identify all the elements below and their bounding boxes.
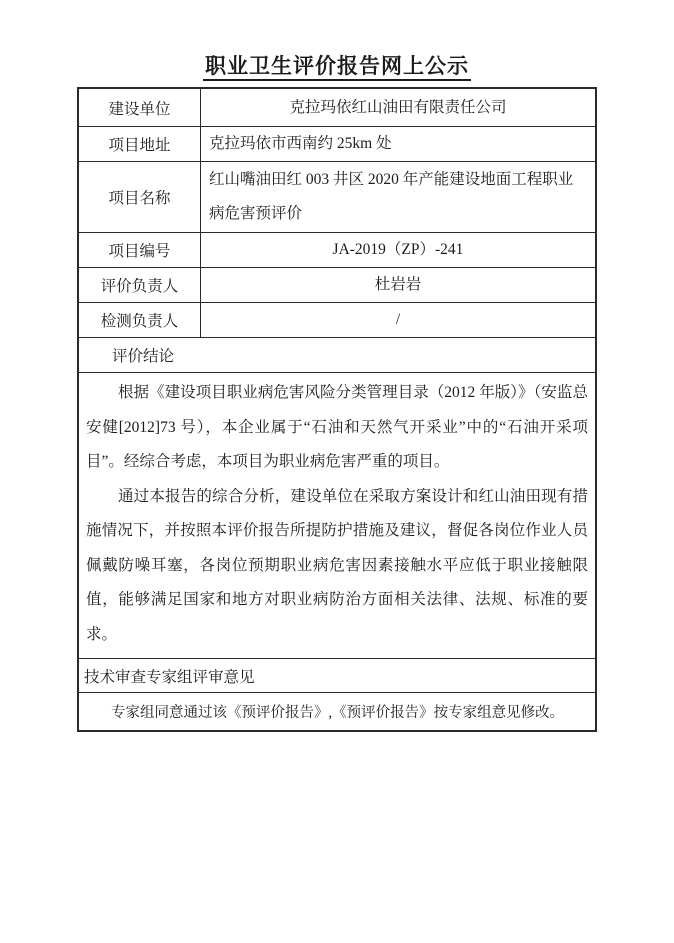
project-address-label: 项目地址 (79, 127, 201, 161)
row-conclusion-header: 评价结论 (79, 338, 595, 373)
project-address-value: 克拉玛依市西南约 25km 处 (201, 127, 595, 161)
page-title: 职业卫生评价报告网上公示 (0, 0, 674, 80)
page-title-text: 职业卫生评价报告网上公示 (203, 54, 471, 81)
row-expert-header: 技术审查专家组评审意见 (79, 659, 595, 693)
expert-header-label: 技术审查专家组评审意见 (79, 659, 595, 692)
row-conclusion-body: 根据《建设项目职业病危害风险分类管理目录（2012 年版）》（安监总安健[201… (79, 373, 595, 659)
row-project-number: 项目编号 JA-2019（ZP）-241 (79, 233, 595, 268)
announcement-table: 建设单位 克拉玛依红山油田有限责任公司 项目地址 克拉玛依市西南约 25km 处… (77, 87, 597, 732)
row-evaluation-leader: 评价负责人 杜岩岩 (79, 268, 595, 303)
testing-leader-value: / (201, 303, 595, 337)
project-number-label: 项目编号 (79, 233, 201, 267)
conclusion-body: 根据《建设项目职业病危害风险分类管理目录（2012 年版）》（安监总安健[201… (79, 373, 595, 658)
project-name-value: 红山嘴油田红 003 井区 2020 年产能建设地面工程职业病危害预评价 (201, 162, 595, 232)
conclusion-paragraph-2: 通过本报告的综合分析，建设单位在采取方案设计和红山油田现有措施情况下，并按照本评… (86, 480, 588, 653)
document-page: 职业卫生评价报告网上公示 建设单位 克拉玛依红山油田有限责任公司 项目地址 克拉… (0, 0, 674, 943)
conclusion-paragraph-1: 根据《建设项目职业病危害风险分类管理目录（2012 年版）》（安监总安健[201… (86, 376, 588, 480)
project-number-value: JA-2019（ZP）-241 (201, 233, 595, 267)
evaluation-leader-value: 杜岩岩 (201, 268, 595, 302)
conclusion-header-label: 评价结论 (79, 338, 595, 372)
row-expert-opinion: 专家组同意通过该《预评价报告》,《预评价报告》按专家组意见修改。 (79, 693, 595, 730)
construction-unit-value: 克拉玛依红山油田有限责任公司 (201, 89, 595, 126)
expert-opinion-text: 专家组同意通过该《预评价报告》,《预评价报告》按专家组意见修改。 (79, 693, 595, 730)
row-project-name: 项目名称 红山嘴油田红 003 井区 2020 年产能建设地面工程职业病危害预评… (79, 162, 595, 233)
construction-unit-label: 建设单位 (79, 89, 201, 126)
project-name-label: 项目名称 (79, 162, 201, 232)
evaluation-leader-label: 评价负责人 (79, 268, 201, 302)
row-testing-leader: 检测负责人 / (79, 303, 595, 338)
testing-leader-label: 检测负责人 (79, 303, 201, 337)
row-project-address: 项目地址 克拉玛依市西南约 25km 处 (79, 127, 595, 162)
row-construction-unit: 建设单位 克拉玛依红山油田有限责任公司 (79, 89, 595, 127)
